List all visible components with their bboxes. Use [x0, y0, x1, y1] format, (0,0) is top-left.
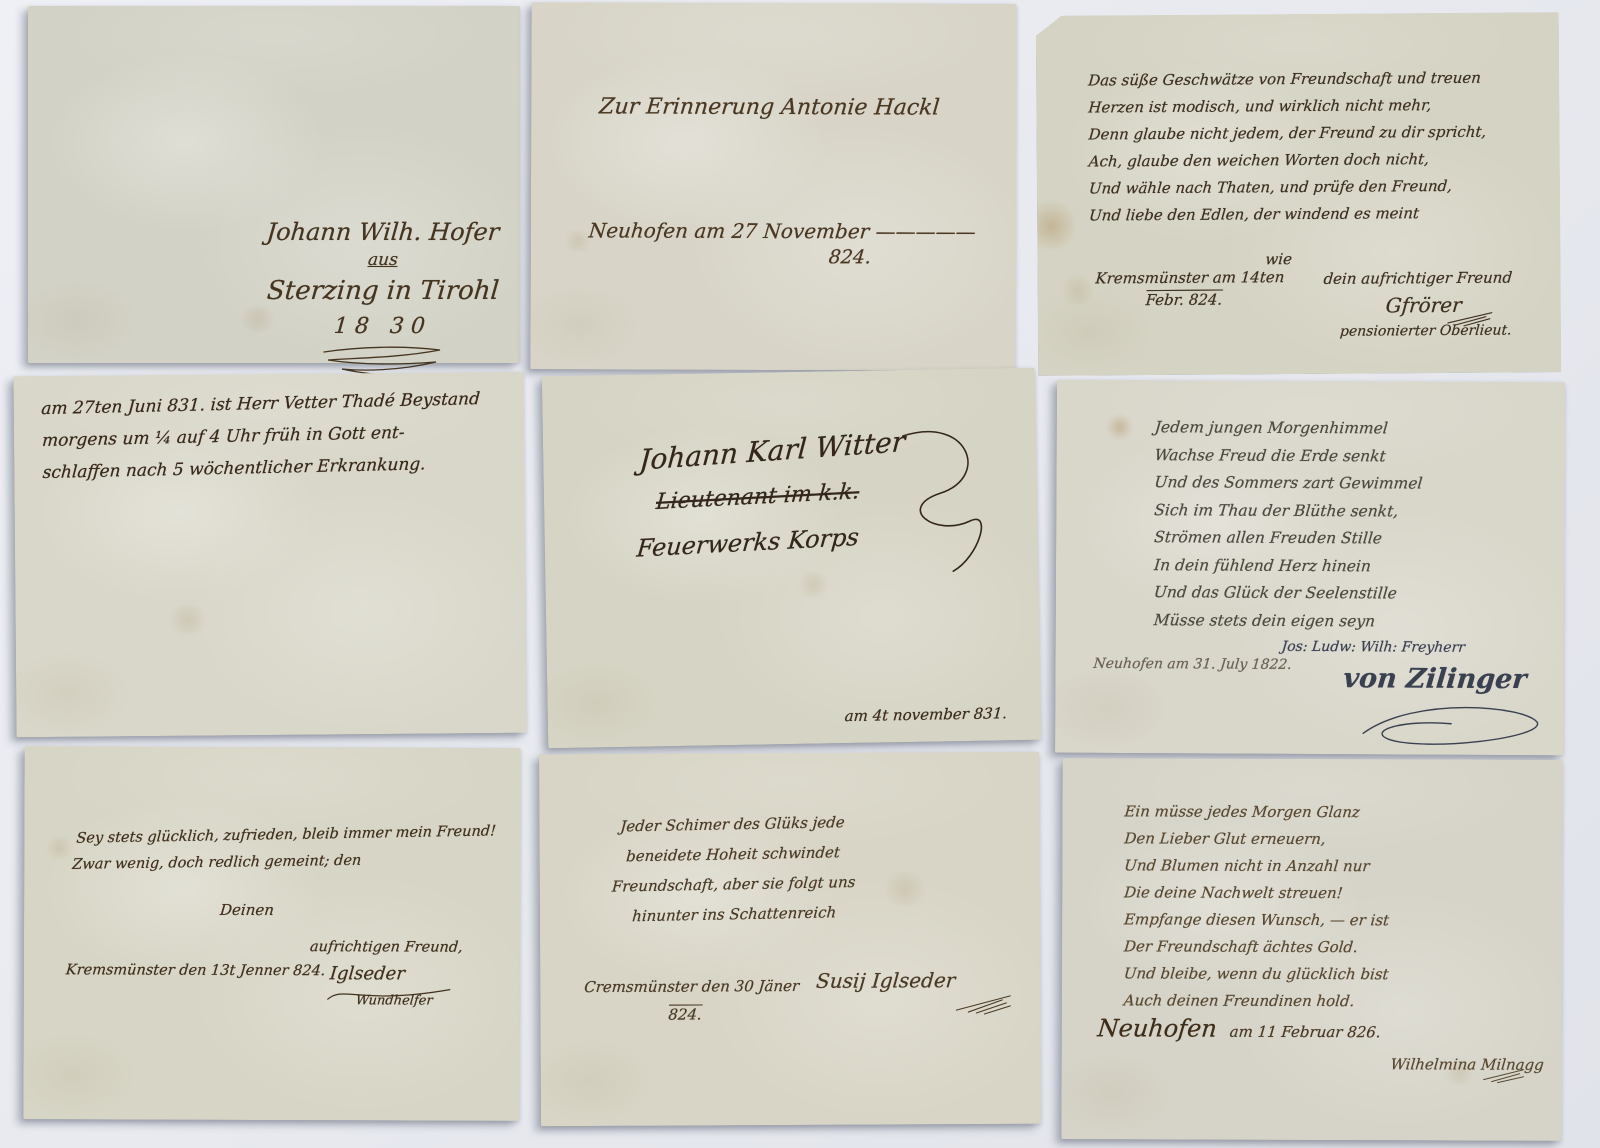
owner-inscription: Johann Wilh. Hofer aus Sterzing in Tiroh… — [248, 218, 518, 339]
year-line: 824. — [668, 1005, 703, 1023]
date-line: Neuhofen am 27 November ————— — [588, 218, 977, 243]
dedication-line: Zur Erinnerung Antonie Hackl — [598, 94, 940, 120]
poem-line: Und liebe den Edlen, der windend es mein… — [1088, 200, 1488, 230]
closing-line: aufrichtigen Freund, — [309, 939, 463, 956]
poem-line: Das süße Geschwätze von Freundschaft und… — [1087, 65, 1487, 95]
poem-line: In dein fühlend Herz hinein — [1153, 552, 1424, 581]
poem-line: Wachse Freud die Erde senkt — [1153, 442, 1424, 471]
paper-stain — [1027, 196, 1075, 256]
poem-line: Empfange diesen Wunsch, — er ist — [1123, 906, 1390, 934]
poem-line: Jedem jungen Morgenhimmel — [1153, 414, 1424, 443]
poem-line: Und wähle nach Thaten, und prüfe den Fre… — [1088, 173, 1488, 203]
poem-line: Strömen allen Freuden Stille — [1153, 524, 1424, 553]
year-line: 824. — [828, 246, 872, 268]
card-top-right: Das süße Geschwätze von Freundschaft und… — [1036, 12, 1562, 376]
handwritten-word-wie: wie — [1265, 250, 1293, 268]
card-middle-left: am 27ten Juni 831. ist Herr Vetter Thadé… — [13, 372, 526, 737]
card-middle-middle: Johann Karl Witter Lieutenant im k.k. Fe… — [542, 368, 1041, 749]
poem-line: Und das Glück der Seelenstille — [1153, 579, 1424, 608]
signature: von Zilinger — [1342, 663, 1528, 695]
signature-flourish — [1482, 1066, 1528, 1084]
card-middle-right: Jedem jungen Morgenhimmel Wachse Freud d… — [1055, 380, 1565, 756]
verse-line: Zwar wenig, doch redlich gemeint; den — [72, 853, 362, 873]
poem-block: Jedem jungen Morgenhimmel Wachse Freud d… — [1154, 414, 1423, 635]
date-line: Cremsmünster den 30 Jäner — [584, 977, 800, 996]
date-text: Neuhofen am 27 November — [588, 218, 871, 243]
poem-line: Die deine Nachwelt streuen! — [1123, 879, 1390, 907]
poem-line: Und des Sommers zart Gewimmel — [1153, 469, 1424, 498]
signer-rank: Lieutenant im k.k. — [655, 479, 860, 515]
paper-stain — [165, 605, 209, 635]
date-line: am 11 Februar 826. — [1229, 1023, 1382, 1042]
handwritten-word-aus: aus — [247, 250, 519, 270]
paper-stain — [795, 571, 831, 598]
signature: Iglseder — [329, 963, 406, 984]
card-bottom-middle: Jeder Schimer des Glüks jede beneidete H… — [539, 752, 1041, 1127]
paper-stain — [1105, 414, 1135, 440]
signer-title: Wundhelfer — [355, 993, 433, 1008]
signature-name: Johann Karl Witter — [638, 425, 906, 477]
poem-line: Ein müsse jedes Morgen Glanz — [1123, 798, 1390, 826]
closing-word: Deinen — [219, 901, 275, 919]
date-line: Kremsmünster am 14ten — [1095, 268, 1285, 287]
poem-block: Jeder Schimer des Glüks jede beneidete H… — [611, 807, 857, 932]
poem-line: Denn glaube nicht jedem, der Freund zu d… — [1087, 119, 1487, 149]
signer-unit: Feuerwerks Korps — [636, 523, 860, 563]
paper-stain — [1058, 275, 1098, 305]
handwritten-year: 18 30 — [247, 314, 519, 339]
paper-stain — [44, 836, 74, 860]
poem-line: Sich im Thau der Blüthe senkt, — [1153, 497, 1424, 526]
date-line: Kremsmünster den 13t Jenner 824. — [65, 962, 326, 979]
signature: Susij Iglseder — [815, 968, 956, 993]
poem-line: Jeder Schimer des Glüks jede — [610, 807, 856, 842]
signature-titles: Jos: Ludw: Wilh: Freyherr — [1281, 639, 1466, 656]
poem-line: Freundschaft, aber sie folgt uns — [611, 867, 857, 902]
photo-of-album-leaves: Johann Wilh. Hofer aus Sterzing in Tiroh… — [0, 0, 1600, 1148]
date-line-2: Febr. 824. — [1145, 291, 1223, 310]
closing-line: dein aufrichtiger Freund — [1323, 269, 1513, 288]
poem-line: Müsse stets dein eigen seyn — [1152, 607, 1423, 636]
poem-line: beneidete Hoheit schwindet — [610, 837, 856, 872]
poem-line: Ach, glaube den weichen Worten doch nich… — [1088, 146, 1488, 176]
poem-line: Der Freundschaft ächtes Gold. — [1123, 933, 1390, 961]
poem-line: Und bleibe, wenn du glücklich bist — [1123, 960, 1390, 988]
poem-block: Ein müsse jedes Morgen Glanz Den Lieber … — [1124, 798, 1390, 1015]
ink-dash: ————— — [875, 219, 977, 243]
poem-block: Das süße Geschwätze von Freundschaft und… — [1088, 65, 1487, 230]
signature-flourish — [873, 428, 996, 580]
signature-flourish — [1355, 703, 1545, 748]
verse-line: Sey stets glücklich, zufrieden, bleib im… — [76, 823, 497, 846]
card-bottom-left: Sey stets glücklich, zufrieden, bleib im… — [23, 746, 520, 1121]
card-top-middle: Zur Erinnerung Antonie Hackl Neuhofen am… — [530, 2, 1016, 371]
signer-title: pensionierter Oberlieut. — [1339, 323, 1512, 340]
handwritten-place: Sterzing in Tirohl — [247, 276, 520, 306]
obituary-note: am 27ten Juni 831. ist Herr Vetter Thadé… — [41, 383, 482, 489]
card-bottom-right: Ein müsse jedes Morgen Glanz Den Lieber … — [1061, 758, 1562, 1141]
poem-line: hinunter ins Schattenreich — [611, 897, 857, 932]
poem-line: Herzen ist modisch, und wirklich nicht m… — [1087, 92, 1487, 122]
card-top-left: Johann Wilh. Hofer aus Sterzing in Tiroh… — [28, 6, 520, 363]
date-line: Neuhofen am 31. July 1822. — [1093, 656, 1293, 673]
poem-line: Auch deinen Freundinen hold. — [1123, 987, 1390, 1015]
poem-line: Und Blumen nicht in Anzahl nur — [1123, 852, 1390, 880]
poem-line: Den Lieber Glut erneuern, — [1123, 825, 1390, 853]
handwritten-name: Johann Wilh. Hofer — [247, 218, 519, 246]
date-place: Neuhofen — [1096, 1014, 1218, 1042]
paper-stain — [880, 872, 930, 906]
signature-flourish — [954, 990, 1014, 1014]
date-line: am 4t november 831. — [844, 704, 1008, 725]
